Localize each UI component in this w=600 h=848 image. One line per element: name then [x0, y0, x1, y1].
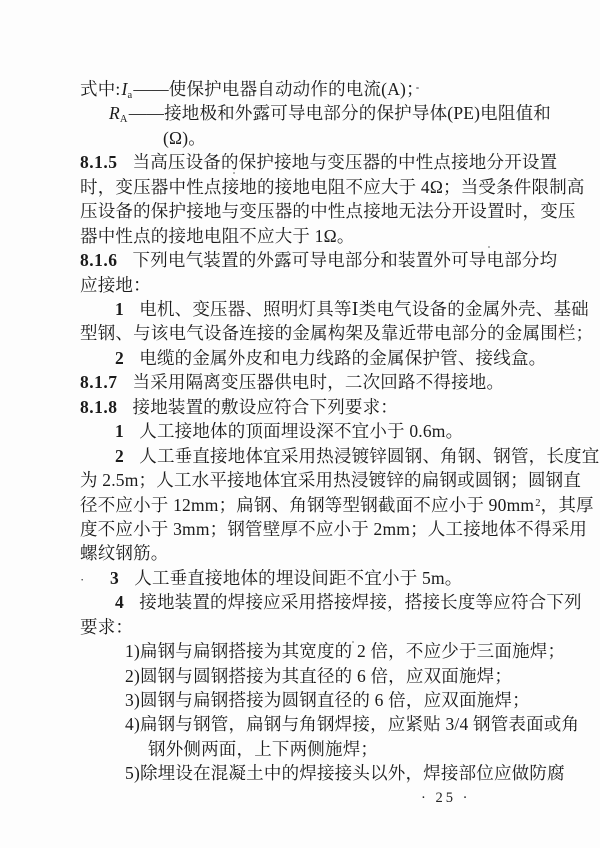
text-run: R [109, 103, 120, 123]
text-run: 4)扁钢与钢管，扁钢与角钢焊接，应紧贴 3/4 钢管表面或角 [125, 714, 579, 734]
scan-speck [488, 246, 490, 248]
text-run: 接地装置的焊接应采用搭接焊接，搭接长度等应符合下列 [139, 592, 582, 612]
text-run: 器中性点的接地电阻不应大于 1Ω。 [80, 226, 355, 246]
text-run: 人工垂直接地体宜采用热浸镀锌圆钢、角钢、钢管，长度宜 [139, 446, 599, 466]
text-line: 4)扁钢与钢管，扁钢与角钢焊接，应紧贴 3/4 钢管表面或角 [125, 712, 532, 736]
text-run: 电机、变压器、照明灯具等Ⅰ类电气设备的金属外壳、基础 [139, 299, 589, 319]
text-line: 型钢、与该电气设备连接的金属构架及靠近带电部分的金属围栏； [80, 321, 532, 345]
text-run: · [80, 568, 110, 592]
text-run: 3)圆钢与扁钢搭接为圆钢直径的 6 倍，应双面施焊； [125, 690, 530, 710]
text-run: a [128, 90, 133, 101]
text-run: 接地装置的敷设应符合下列要求： [133, 397, 399, 417]
text-line: 径不应小于 12mm；扁钢、角钢等型钢截面不应小于 90mm2，其厚 [80, 492, 532, 516]
text-line: 8.1.5当高压设备的保护接地与变压器的中性点接地分开设置 [80, 150, 532, 174]
scan-speck [352, 641, 354, 643]
item-number: 3 [110, 568, 119, 588]
text-run: 2)圆钢与圆钢搭接为其直径的 6 倍，应双面施焊； [125, 666, 512, 686]
item-number: 4 [115, 592, 124, 612]
text-run: 人工垂直接地体的埋设间距不宜小于 5m。 [134, 568, 462, 588]
text-line: 3)圆钢与扁钢搭接为圆钢直径的 6 倍，应双面施焊； [125, 688, 532, 712]
text-line: 1电机、变压器、照明灯具等Ⅰ类电气设备的金属外壳、基础 [115, 297, 532, 321]
text-line: 要求： [80, 615, 532, 639]
text-line: 2人工垂直接地体宜采用热浸镀锌圆钢、角钢、钢管，长度宜 [115, 444, 532, 468]
text-run: 度不应小于 3mm；钢管壁厚不应小于 2mm；人工接地体不得采用 [80, 519, 587, 539]
text-line: 8.1.8接地装置的敷设应符合下列要求： [80, 395, 532, 419]
item-number: 1 [115, 299, 124, 319]
scan-speck [416, 87, 419, 89]
text-run: I [121, 79, 127, 99]
page-number: · 25 · [421, 790, 470, 807]
text-run: A [120, 114, 128, 125]
item-number: 8.1.6 [80, 250, 118, 270]
item-number: 2 [115, 348, 124, 368]
text-line: 2电缆的金属外皮和电力线路的金属保护管、接线盒。 [115, 346, 532, 370]
text-line: 为 2.5m；人工水平接地体宜采用热浸镀锌的扁钢或圆钢；圆钢直 [80, 468, 532, 492]
text-line: 8.1.7当采用隔离变压器供电时，二次回路不得接地。 [80, 370, 532, 394]
text-run: 下列电气装置的外露可导电部分和装置外可导电部分均 [133, 250, 558, 270]
scan-speck [233, 172, 235, 174]
text-line: 2)圆钢与圆钢搭接为其直径的 6 倍，应双面施焊； [125, 664, 532, 688]
text-line: 时，变压器中性点接地的接地电阻不应大于 4Ω；当受条件限制高 [80, 175, 532, 199]
text-line: RA——接地极和外露可导电部分的保护导体(PE)电阻值和 [108, 101, 532, 125]
text-run: 时，变压器中性点接地的接地电阻不应大于 4Ω；当受条件限制高 [80, 177, 585, 197]
text-run: 压设备的保护接地与变压器的中性点接地无法分开设置时，变压 [80, 201, 576, 221]
text-run: 钢外侧两面，上下两侧施焊； [148, 739, 378, 759]
document-page: 式中:Ia——使保护电器自动动作的电流(A)；RA——接地极和外露可导电部分的保… [0, 0, 600, 848]
text-run: 螺纹钢筋。 [80, 543, 169, 563]
document-body: 式中:Ia——使保护电器自动动作的电流(A)；RA——接地极和外露可导电部分的保… [80, 77, 532, 786]
text-run: 为 2.5m；人工水平接地体宜采用热浸镀锌的扁钢或圆钢；圆钢直 [80, 470, 581, 490]
text-line: 式中:Ia——使保护电器自动动作的电流(A)； [80, 77, 532, 101]
item-number: 8.1.5 [80, 152, 118, 172]
text-run: (Ω)。 [163, 128, 206, 148]
text-line: 8.1.6下列电气装置的外露可导电部分和装置外可导电部分均 [80, 248, 532, 272]
text-run: 当高压设备的保护接地与变压器的中性点接地分开设置 [133, 152, 558, 172]
text-run: 要求： [80, 617, 133, 637]
text-run: 应接地： [80, 275, 151, 295]
text-line: 4接地装置的焊接应采用搭接焊接，搭接长度等应符合下列 [115, 590, 532, 614]
text-run: 5)除埋设在混凝土中的焊接接头以外，焊接部位应做防腐 [125, 763, 565, 783]
text-run: 型钢、与该电气设备连接的金属构架及靠近带电部分的金属围栏； [80, 323, 593, 343]
text-run: 电缆的金属外皮和电力线路的金属保护管、接线盒。 [139, 348, 546, 368]
text-line: (Ω)。 [163, 126, 532, 150]
item-number: 8.1.8 [80, 397, 118, 417]
item-number: 8.1.7 [80, 372, 118, 392]
text-line: 器中性点的接地电阻不应大于 1Ω。 [80, 224, 532, 248]
text-run: 1)扁钢与扁钢搭接为其宽度的 2 倍，不应少于三面施焊； [125, 641, 565, 661]
text-line: 1)扁钢与扁钢搭接为其宽度的 2 倍，不应少于三面施焊； [125, 639, 532, 663]
text-line: 1人工接地体的顶面埋设深不宜小于 0.6m。 [115, 419, 532, 443]
text-run: 径不应小于 12mm；扁钢、角钢等型钢截面不应小于 90mm [80, 495, 534, 515]
text-run: ——接地极和外露可导电部分的保护导体(PE)电阻值和 [129, 103, 551, 123]
text-run: 当采用隔离变压器供电时，二次回路不得接地。 [133, 372, 505, 392]
text-line: 度不应小于 3mm；钢管壁厚不应小于 2mm；人工接地体不得采用 [80, 517, 532, 541]
text-run: 式中: [80, 79, 120, 99]
item-number: 2 [115, 446, 124, 466]
text-line: 5)除埋设在混凝土中的焊接接头以外，焊接部位应做防腐 [125, 761, 532, 785]
text-line: 钢外侧两面，上下两侧施焊； [148, 737, 532, 761]
text-line: ·3人工垂直接地体的埋设间距不宜小于 5m。 [80, 566, 532, 590]
text-line: 应接地： [80, 273, 532, 297]
text-line: 压设备的保护接地与变压器的中性点接地无法分开设置时，变压 [80, 199, 532, 223]
item-number: 1 [115, 421, 124, 441]
text-line: 螺纹钢筋。 [80, 541, 532, 565]
text-run: ——使保护电器自动动作的电流(A)； [133, 79, 423, 99]
text-run: ，其厚 [541, 495, 594, 515]
text-run: 人工接地体的顶面埋设深不宜小于 0.6m。 [139, 421, 463, 441]
